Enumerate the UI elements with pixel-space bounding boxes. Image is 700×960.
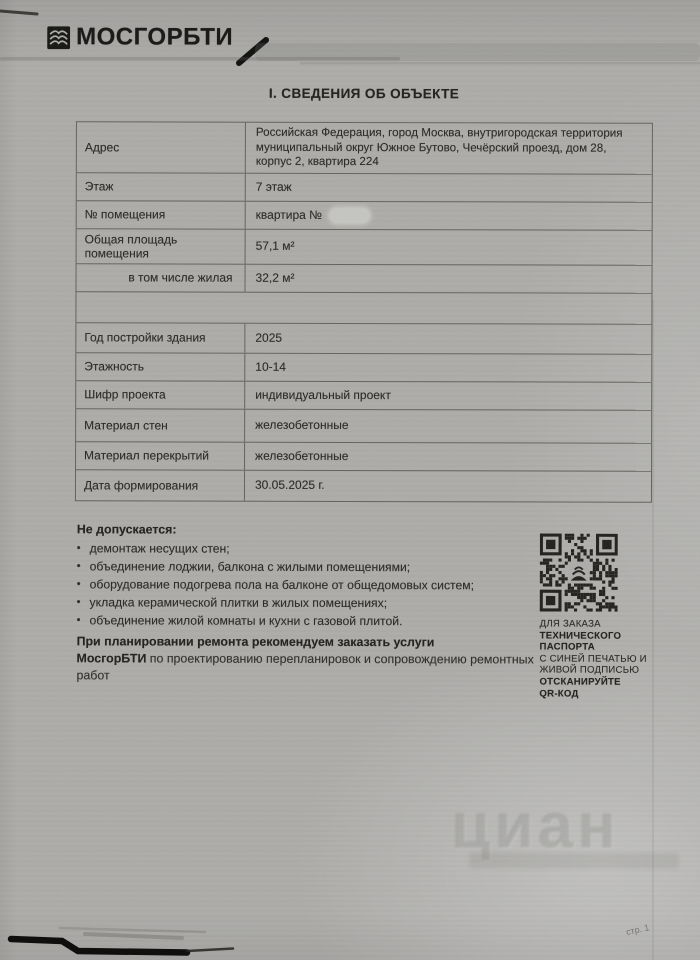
restriction-item: •оборудование подогрева пола на балконе … <box>77 575 547 594</box>
qr-caption-line: ТЕХНИЧЕСКОГО <box>540 630 660 642</box>
bullet-icon: • <box>77 539 81 557</box>
object-info-table: АдресРоссийская Федерация, город Москва,… <box>75 121 653 502</box>
row-value: железобетонные <box>245 409 651 442</box>
mosgorbti-wave-icon <box>47 26 70 49</box>
qr-caption-line: ОТСКАНИРУЙТЕ <box>539 676 659 688</box>
qr-caption: ДЛЯ ЗАКАЗАТЕХНИЧЕСКОГОПАСПОРТАС СИНЕЙ ПЕ… <box>539 618 659 699</box>
qr-caption-line: ПАСПОРТА <box>540 642 660 654</box>
row-label: Год постройки здания <box>76 323 245 352</box>
section-title: I. СВЕДЕНИЯ ОБ ОБЪЕКТЕ <box>76 85 652 102</box>
row-value: индивидуальный проект <box>245 381 651 409</box>
qr-caption-line: QR-КОД <box>539 688 659 700</box>
qr-block: ДЛЯ ЗАКАЗАТЕХНИЧЕСКОГОПАСПОРТАС СИНЕЙ ПЕ… <box>539 533 659 699</box>
row-label: Шифр проекта <box>76 381 245 408</box>
row-value-text: 2025 <box>255 331 282 346</box>
table-spacer-row <box>76 292 651 325</box>
restriction-item: •укладка керамической плитки в жилых пом… <box>77 593 547 612</box>
recommendation-brand: МосгорБТИ <box>77 651 147 665</box>
row-value: 2025 <box>245 323 651 353</box>
row-value-text: железобетонные <box>255 449 348 464</box>
page-number: стр. 1 <box>625 922 650 937</box>
restriction-text: оборудование подогрева пола на балконе о… <box>90 575 475 594</box>
row-label: Адрес <box>77 122 246 172</box>
row-value <box>245 292 651 323</box>
table-row: Материал стенжелезобетонные <box>76 409 651 444</box>
row-label: Этажность <box>76 353 245 380</box>
restriction-text: объединение лоджии, балкона с жилыми пом… <box>90 557 411 576</box>
row-value: 7 этаж <box>246 173 652 201</box>
brand-logo: МОСГОРБТИ <box>47 23 233 51</box>
table-row: Дата формирования30.05.2025 г. <box>76 470 651 502</box>
qr-caption-line: ЖИВОЙ ПОДПИСЬЮ <box>539 665 659 677</box>
qr-caption-line: С СИНЕЙ ПЕЧАТЬЮ И <box>540 653 660 665</box>
restriction-text: укладка керамической плитки в жилых поме… <box>90 593 388 612</box>
bullet-icon: • <box>77 611 81 629</box>
row-value-text: 57,1 м² <box>256 239 295 254</box>
watermark-blur-line <box>469 852 679 869</box>
table-row: Материал перекрытийжелезобетонные <box>76 442 651 472</box>
restriction-item: •демонтаж несущих стен; <box>77 539 547 558</box>
bullet-icon: • <box>77 593 81 611</box>
row-label: Этаж <box>77 173 246 200</box>
restrictions-section: Не допускается: •демонтаж несущих стен;•… <box>77 522 547 630</box>
watermark: циан <box>451 788 620 862</box>
table-row: Этажность10-14 <box>76 353 651 383</box>
row-value: железобетонные <box>245 442 651 470</box>
row-value-text: квартира № <box>256 208 322 223</box>
row-value: 57,1 м² <box>246 229 652 264</box>
row-label: № помещения <box>77 201 246 228</box>
restrictions-heading: Не допускается: <box>77 522 547 537</box>
restrictions-list: •демонтаж несущих стен;•объединение лодж… <box>77 539 547 630</box>
row-value: 30.05.2025 г. <box>245 470 651 501</box>
row-label: Материал перекрытий <box>76 442 245 469</box>
row-value-text: 32,2 м² <box>256 271 295 286</box>
restriction-item: •объединение лоджии, балкона с жилыми по… <box>77 557 547 576</box>
row-label: Общая площадь помещения <box>77 229 246 263</box>
table-row: Год постройки здания2025 <box>76 323 651 355</box>
row-value: квартира № <box>246 201 652 229</box>
row-value-text: индивидуальный проект <box>255 388 391 403</box>
restriction-text: объединение жилой комнаты и кухни с газо… <box>89 611 402 630</box>
row-value: 32,2 м² <box>245 264 651 292</box>
row-label: в том числе жилая <box>76 264 245 291</box>
recommendation-paragraph: При планировании ремонта рекомендуем зак… <box>76 633 550 685</box>
table-row: в том числе жилая32,2 м² <box>76 264 651 294</box>
row-value: 10-14 <box>245 353 651 381</box>
row-label <box>76 292 245 322</box>
restriction-item: •объединение жилой комнаты и кухни с газ… <box>77 611 547 630</box>
brand-name: МОСГОРБТИ <box>76 23 233 51</box>
row-value-text: 7 этаж <box>256 180 292 195</box>
row-value-text: 10-14 <box>255 360 286 375</box>
table-row: № помещенияквартира № <box>77 201 652 231</box>
qr-code <box>540 533 618 611</box>
row-label: Дата формирования <box>76 470 245 500</box>
row-label: Материал стен <box>76 409 245 441</box>
table-row: АдресРоссийская Федерация, город Москва,… <box>77 122 652 174</box>
table-row: Этаж7 этаж <box>77 173 652 203</box>
redaction-blob <box>330 207 370 222</box>
table-row: Шифр проектаиндивидуальный проект <box>76 381 651 411</box>
bullet-icon: • <box>77 557 81 575</box>
row-value: Российская Федерация, город Москва, внут… <box>246 123 652 174</box>
qr-caption-line: ДЛЯ ЗАКАЗА <box>540 618 660 630</box>
table-row: Общая площадь помещения57,1 м² <box>77 229 652 266</box>
row-value-text: железобетонные <box>255 418 348 433</box>
bullet-icon: • <box>77 575 81 593</box>
recommendation-line1: При планировании ремонта рекомендуем зак… <box>77 633 551 651</box>
row-value-text: 30.05.2025 г. <box>255 478 325 493</box>
row-value-text: Российская Федерация, город Москва, внут… <box>256 126 642 171</box>
restriction-text: демонтаж несущих стен; <box>90 539 230 557</box>
scanned-document-page: МОСГОРБТИ I. СВЕДЕНИЯ ОБ ОБЪЕКТЕ АдресРо… <box>0 0 700 960</box>
